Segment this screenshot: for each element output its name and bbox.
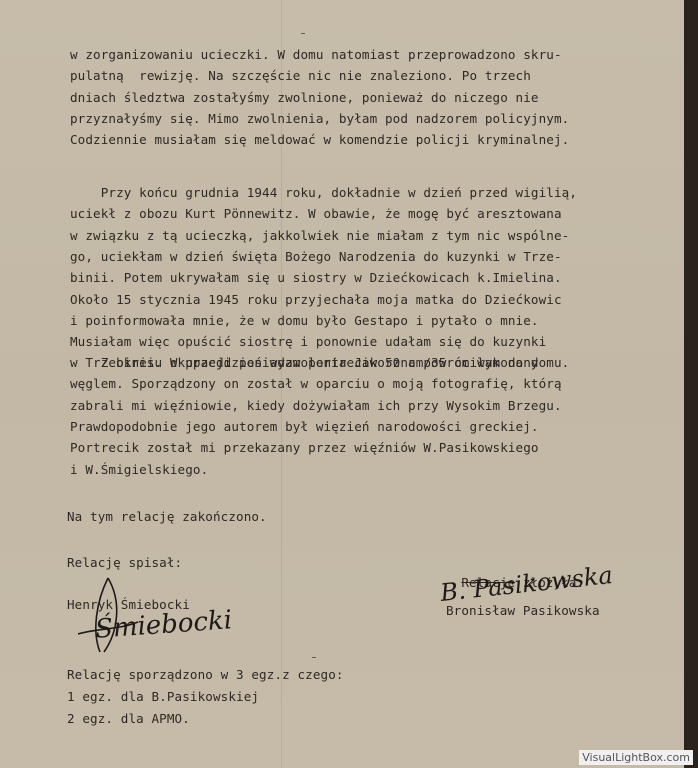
body-line: Prawdopodobnie jego autorem był więzień …	[70, 419, 539, 434]
body-line: Około 15 stycznia 1945 roku przyjechała …	[70, 292, 562, 307]
testifier-name: Bronisław Pasikowska	[446, 603, 600, 618]
body-line: zabrali mi więźniowie, kiedy dożywiałam …	[70, 398, 562, 413]
copies-line-2: 1 egz. dla B.Pasikowskiej	[67, 689, 259, 704]
body-line: pulatną rewizję. Na szczęście nic nie zn…	[70, 68, 531, 83]
body-line: przyznałyśmy się. Mimo zwolnienia, byłam…	[70, 111, 569, 126]
body-line: Przy końcu grudnia 1944 roku, dokładnie …	[70, 185, 577, 200]
body-line: Codziennie musiałam się meldować w komen…	[70, 132, 569, 147]
body-line: i poinformowała mnie, że w domu było Ges…	[70, 313, 539, 328]
body-line: dniach śledztwa zostałyśmy zwolnione, po…	[70, 90, 539, 105]
paper-mark	[312, 657, 316, 658]
body-line: w związku z tą ucieczką, jakkolwiek nie …	[70, 228, 569, 243]
body-line: go, uciekłam w dzień święta Bożego Narod…	[70, 249, 562, 264]
body-line: Musiałam więc opuścić siostrę i ponownie…	[70, 334, 546, 349]
recorder-label: Relację spisał:	[67, 555, 182, 570]
body-line: Portrecik został mi przekazany przez wię…	[70, 440, 539, 455]
body-line: i W.Śmigielskiego.	[70, 462, 208, 477]
scan-edge	[684, 0, 698, 768]
watermark: VisualLightBox.com	[579, 750, 693, 765]
body-line: węglem. Sporządzony on został w oparciu …	[70, 376, 562, 391]
recorder-signature-loop	[78, 572, 198, 662]
body-line: binii. Potem ukrywałam się u siostry w D…	[70, 270, 562, 285]
closing-line: Na tym relację zakończono.	[67, 509, 267, 524]
copies-line-3: 2 egz. dla APMO.	[67, 711, 190, 726]
paper-mark	[301, 33, 305, 34]
body-line: Z okresu okupacji posiadam portrecik 50 …	[70, 355, 539, 370]
body-line: uciekł z obozu Kurt Pönnewitz. W obawie,…	[70, 206, 562, 221]
copies-line-1: Relację sporządzono w 3 egz.z czego:	[67, 667, 344, 682]
body-line: w zorganizowaniu ucieczki. W domu natomi…	[70, 47, 562, 62]
